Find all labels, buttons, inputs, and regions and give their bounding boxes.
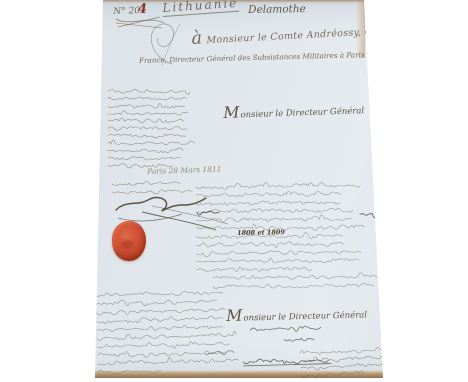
handwriting-body-main [190, 174, 373, 279]
handwriting-body-accent-2 [354, 203, 382, 223]
handwriting-body-accent-4 [199, 342, 241, 363]
manuscript-page: N° 204 Lithuanie Delamothe à Monsieur le… [0, 0, 468, 382]
salutation: Monsieur le Directeur Général [223, 98, 364, 122]
handwriting-body-accent-1 [191, 202, 227, 222]
handwriting-bottom-left [90, 281, 244, 382]
handwriting-body-accent-3 [278, 328, 319, 349]
docket-title: Lithuanie [162, 0, 239, 17]
auction-photo-canvas: N° 204 Lithuanie Delamothe à Monsieur le… [0, 0, 468, 382]
handwriting-margin-sub [106, 171, 194, 202]
handwriting-margin-note [102, 81, 198, 174]
red-wax-seal [112, 221, 146, 261]
address-line-1: à Monsieur le Comte Andréossy, Chef de [191, 18, 404, 49]
sender-name-annotation: Delamothe [248, 3, 306, 16]
